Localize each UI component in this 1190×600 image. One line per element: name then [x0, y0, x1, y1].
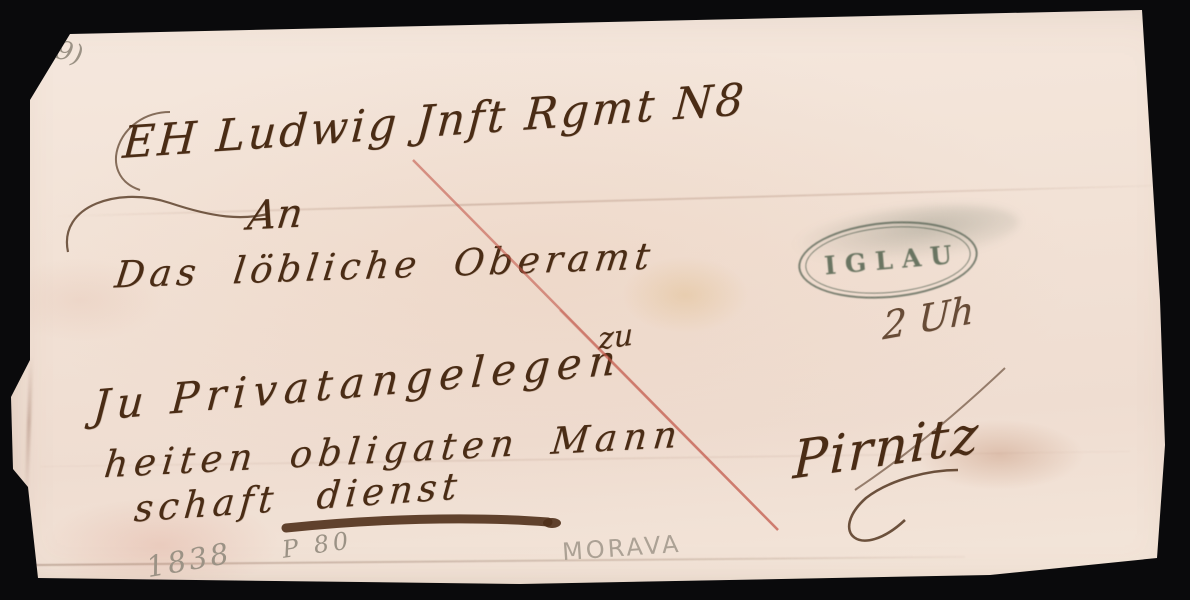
- manuscript-destination: Pirnitz: [792, 404, 981, 491]
- manuscript-an-line: An: [245, 190, 305, 239]
- manuscript-subject-line-1: Ju Privatangelegen: [91, 335, 624, 431]
- underline-ink-blob: [543, 518, 561, 528]
- scan-background: EH Ludwig Jnft Rgmt N8 An Das löbliche O…: [0, 0, 1190, 600]
- left-flap-crease: [25, 356, 34, 488]
- manuscript-sender-line: EH Ludwig Jnft Rgmt N8: [121, 74, 748, 169]
- postmark-town-name: IGLAU: [814, 239, 962, 281]
- an-flourish-stroke: [67, 197, 268, 252]
- manuscript-addressee-line: Das löbliche Oberamt: [113, 234, 658, 296]
- pencil-year-note: 1838: [144, 536, 234, 584]
- letter-paper: EH Ludwig Jnft Rgmt N8 An Das löbliche O…: [0, 0, 1190, 600]
- iglau-postmark: IGLAU: [795, 214, 981, 305]
- pencil-number-mark: 9): [53, 35, 86, 71]
- pencil-region-note: MORAVA: [561, 530, 682, 566]
- pencil-catalog-note: P 80: [280, 526, 354, 564]
- dienst-underline-stroke: [286, 519, 548, 528]
